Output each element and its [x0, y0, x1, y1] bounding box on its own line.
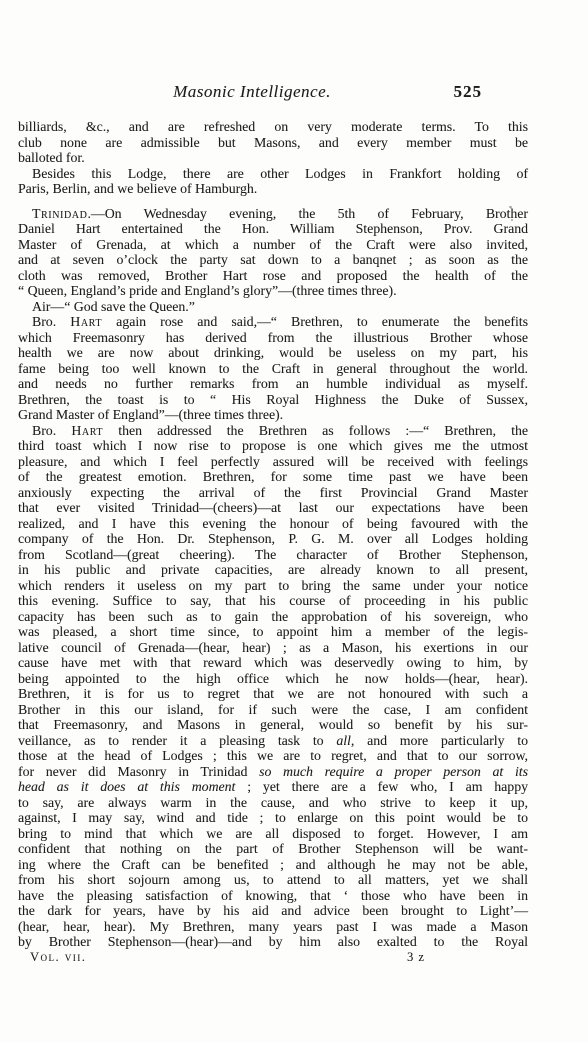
text-segment: being appointed to the high office which… — [18, 671, 528, 686]
text-segment: in his public and private capacities, ar… — [18, 562, 528, 577]
text-line: anxiously expecting the arrival of the f… — [18, 485, 528, 501]
paragraph: Besides this Lodge, there are other Lodg… — [18, 166, 528, 197]
text-segment: , and more particularly to — [351, 733, 528, 748]
text-line: being appointed to the high office which… — [18, 671, 528, 687]
text-segment: Paris, Berlin, and we believe of Hamburg… — [18, 181, 257, 196]
text-line: Air—“ God save the Queen.” — [18, 299, 528, 315]
text-segment: .—On Wednesday evening, the 5th of Febru… — [87, 206, 528, 221]
signature-mark: 3 z — [407, 950, 425, 965]
page-title: Masonic Intelligence. — [173, 82, 331, 102]
text-segment: pleasure, and which I feel perfectly ass… — [18, 454, 528, 469]
text-segment: Besides this Lodge, there are other Lodg… — [32, 166, 528, 181]
page-body: billiards, &c., and are refreshed on ver… — [18, 119, 528, 950]
text-line: cause have met with that reward which wa… — [18, 655, 528, 671]
text-line: lative council of Grenada—(hear, hear) ;… — [18, 640, 528, 656]
text-line: Paris, Berlin, and we believe of Hamburg… — [18, 181, 528, 197]
text-line: company of the Hon. Dr. Stephenson, P. G… — [18, 531, 528, 547]
text-line: head as it does at this moment ; yet the… — [18, 779, 528, 795]
text-segment: Brethren, the toast is to “ His Royal Hi… — [18, 392, 528, 407]
text-segment: bring to mind that which we are all disp… — [18, 826, 528, 841]
text-line: that ever visited Trinidad—(cheers)—at l… — [18, 500, 528, 516]
text-line: Bro. Hart then addressed the Brethren as… — [18, 423, 528, 439]
text-segment: Master of Grenada, at which a number of … — [18, 237, 528, 252]
scan-speck — [511, 219, 513, 221]
text-segment: club none are admissible but Masons, and… — [18, 135, 528, 150]
text-segment: for never did Masonry in Trinidad — [18, 764, 259, 779]
scanned-book-page: Masonic Intelligence. 525 billiards, &c.… — [0, 0, 588, 1043]
scan-speck — [465, 944, 469, 946]
text-line: pleasure, and which I feel perfectly ass… — [18, 454, 528, 470]
text-segment: was pleased, a short time since, to appo… — [18, 624, 528, 639]
text-segment: “ Queen, England’s pride and England’s g… — [18, 283, 397, 298]
text-segment: third toast which I now rise to propose … — [18, 438, 528, 453]
text-line: and needs no further remarks from an hum… — [18, 376, 528, 392]
text-segment: billiards, &c., and are refreshed on ver… — [18, 119, 528, 134]
text-segment: (hear, hear, hear). My Brethren, many ye… — [18, 919, 528, 934]
page-number: 525 — [454, 82, 483, 102]
text-segment: again rose and said,—“ Brethren, to enum… — [102, 314, 528, 329]
text-line: Master of Grenada, at which a number of … — [18, 237, 528, 253]
volume-label: Vol. vii. — [30, 950, 86, 964]
text-segment: cloth was removed, Brother Hart rose and… — [18, 268, 528, 283]
text-line: bring to mind that which we are all disp… — [18, 826, 528, 842]
text-line: of the greatest emotion. Brethren, for s… — [18, 469, 528, 485]
text-segment: against, I may say, wind and tide ; to e… — [18, 810, 528, 825]
text-segment: Daniel Hart entertained the Hon. William… — [18, 221, 528, 236]
text-line: to say, are always warm in the cause, an… — [18, 795, 528, 811]
text-line: that Freemasonry, and Masons in general,… — [18, 717, 528, 733]
paragraph: Bro. Hart again rose and said,—“ Brethre… — [18, 314, 528, 423]
text-line: ing where the Craft can be benefited ; a… — [18, 857, 528, 873]
text-segment: then addressed the Brethren as follows :… — [103, 423, 528, 438]
text-line: against, I may say, wind and tide ; to e… — [18, 810, 528, 826]
text-segment: ing where the Craft can be benefited ; a… — [18, 857, 528, 872]
text-segment: so much require a proper person at its — [259, 764, 528, 779]
text-segment: Bro. — [32, 314, 70, 329]
text-segment: Brethren, it is for us to regret that we… — [18, 686, 528, 701]
text-segment: this evening. Suffice to say, that his c… — [18, 593, 528, 608]
text-line: veillance, as to render it a pleasing ta… — [18, 733, 528, 749]
page-footer: Vol. vii. 3 z — [18, 950, 528, 966]
text-segment: Brother in this our island, for if such … — [18, 702, 528, 717]
text-line: Brethren, the toast is to “ His Royal Hi… — [18, 392, 528, 408]
text-segment: to say, are always warm in the cause, an… — [18, 795, 528, 810]
text-segment: lative council of Grenada—(hear, hear) ;… — [18, 640, 528, 655]
text-line: Brethren, it is for us to regret that we… — [18, 686, 528, 702]
text-segment: and at seven o’clock the party sat down … — [18, 252, 528, 267]
text-line: Daniel Hart entertained the Hon. William… — [18, 221, 528, 237]
text-segment: that Freemasonry, and Masons in general,… — [18, 717, 528, 732]
text-line: have the pleasing satisfaction of knowin… — [18, 888, 528, 904]
text-segment: Hart — [71, 423, 103, 438]
text-line: third toast which I now rise to propose … — [18, 438, 528, 454]
text-line: from Scotland—(great cheering). The char… — [18, 547, 528, 563]
text-segment: veillance, as to render it a pleasing ta… — [18, 733, 336, 748]
text-line: Grand Master of England”—(three times th… — [18, 407, 528, 423]
text-segment: capacity has been such as to gain the ap… — [18, 609, 528, 624]
text-line: fame being too well known to the Craft i… — [18, 361, 528, 377]
text-line: Brother in this our island, for if such … — [18, 702, 528, 718]
text-line: this evening. Suffice to say, that his c… — [18, 593, 528, 609]
text-segment: cause have met with that reward which wa… — [18, 655, 528, 670]
text-segment: of the greatest emotion. Brethren, for s… — [18, 469, 528, 484]
text-line: balloted for. — [18, 150, 528, 166]
text-line: confident that nothing on the part of Br… — [18, 841, 528, 857]
text-segment: by Brother Stephenson—(hear)—and by him … — [18, 934, 528, 949]
text-segment: have the pleasing satisfaction of knowin… — [18, 888, 528, 903]
text-line: capacity has been such as to gain the ap… — [18, 609, 528, 625]
text-segment: Trinidad — [32, 206, 87, 221]
text-line: which Freemasonry has derived from the i… — [18, 330, 528, 346]
paragraph: Trinidad.—On Wednesday evening, the 5th … — [18, 206, 528, 299]
scan-speck — [509, 206, 512, 208]
text-segment: health we are now about drinking, would … — [18, 345, 528, 360]
text-segment: realized, and I have this evening the ho… — [18, 516, 528, 531]
text-line: and at seven o’clock the party sat down … — [18, 252, 528, 268]
text-segment: balloted for. — [18, 150, 85, 165]
text-segment: fame being too well known to the Craft i… — [18, 361, 528, 376]
text-segment: that ever visited Trinidad—(cheers)—at l… — [18, 500, 528, 515]
text-segment: Bro. — [32, 423, 71, 438]
text-segment: from Scotland—(great cheering). The char… — [18, 547, 528, 562]
text-line: billiards, &c., and are refreshed on ver… — [18, 119, 528, 135]
text-segment: from his short sojourn among us, to atte… — [18, 872, 528, 887]
text-segment: anxiously expecting the arrival of the f… — [18, 485, 528, 500]
text-segment: and needs no further remarks from an hum… — [18, 376, 528, 391]
paragraph: billiards, &c., and are refreshed on ver… — [18, 119, 528, 166]
text-segment: Grand Master of England”—(three times th… — [18, 407, 283, 422]
text-line: was pleased, a short time since, to appo… — [18, 624, 528, 640]
text-segment: Air—“ God save the Queen.” — [32, 299, 195, 314]
text-line: by Brother Stephenson—(hear)—and by him … — [18, 934, 528, 950]
text-line: cloth was removed, Brother Hart rose and… — [18, 268, 528, 284]
text-line: “ Queen, England’s pride and England’s g… — [18, 283, 528, 299]
text-line: those at the head of Lodges ; this we ar… — [18, 748, 528, 764]
text-segment: head as it does at this moment — [18, 779, 235, 794]
text-line: Bro. Hart again rose and said,—“ Brethre… — [18, 314, 528, 330]
text-segment: those at the head of Lodges ; this we ar… — [18, 748, 528, 763]
text-segment: confident that nothing on the part of Br… — [18, 841, 528, 856]
text-segment: which Freemasonry has derived from the i… — [18, 330, 528, 345]
text-line: (hear, hear, hear). My Brethren, many ye… — [18, 919, 528, 935]
text-line: from his short sojourn among us, to atte… — [18, 872, 528, 888]
text-segment: company of the Hon. Dr. Stephenson, P. G… — [18, 531, 528, 546]
running-header: Masonic Intelligence. 525 — [18, 82, 528, 104]
paragraph: Bro. Hart then addressed the Brethren as… — [18, 423, 528, 950]
text-line: which renders it useless on my part to b… — [18, 578, 528, 594]
text-line: the dark for years, have by his aid and … — [18, 903, 528, 919]
text-line: realized, and I have this evening the ho… — [18, 516, 528, 532]
text-segment: the dark for years, have by his aid and … — [18, 903, 528, 918]
text-line: Trinidad.—On Wednesday evening, the 5th … — [18, 206, 528, 222]
text-line: Besides this Lodge, there are other Lodg… — [18, 166, 528, 182]
text-line: in his public and private capacities, ar… — [18, 562, 528, 578]
paragraph: Air—“ God save the Queen.” — [18, 299, 528, 315]
text-segment: Hart — [70, 314, 102, 329]
text-line: for never did Masonry in Trinidad so muc… — [18, 764, 528, 780]
text-segment: all — [336, 733, 351, 748]
text-line: health we are now about drinking, would … — [18, 345, 528, 361]
text-segment: ; yet there are a few who, I am happy — [235, 779, 528, 794]
text-segment: which renders it useless on my part to b… — [18, 578, 528, 593]
text-line: club none are admissible but Masons, and… — [18, 135, 528, 151]
